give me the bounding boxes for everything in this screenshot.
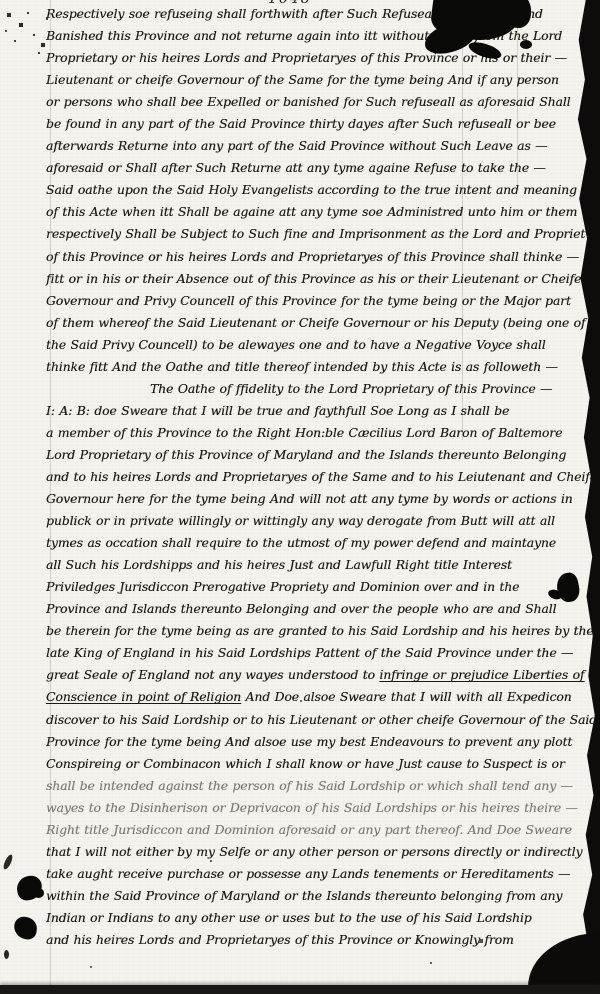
line-text: Lord Proprietary of this Province of Mar… (46, 447, 566, 462)
manuscript-line: or persons who shall bee Expelled or ban… (46, 91, 586, 113)
manuscript-line: a member of this Province to the Right H… (46, 422, 586, 444)
line-text: Priviledges Jurisdiccon Prerogative Prop… (46, 579, 519, 594)
manuscript-line: take aught receive purchase or possesse … (46, 863, 586, 885)
manuscript-line: of them whereof the Said Lieutenant or C… (46, 312, 586, 334)
line-text: shall be intended against the person of … (46, 778, 573, 793)
manuscript-line: Right title Jurisdiccon and Dominion afo… (46, 819, 586, 841)
line-text: tymes as occation shall require to the u… (46, 535, 556, 550)
line-text: great Seale of England not any wayes und… (46, 667, 379, 682)
scan-speckles (0, 0, 2, 2)
line-text: or persons who shall bee Expelled or ban… (46, 94, 571, 109)
line-text: all Such his Lordshipps and his heires J… (46, 557, 512, 572)
manuscript-line: Lieutenant or cheife Governour of the Sa… (46, 69, 586, 91)
manuscript-line: Province for the tyme being And alsoe us… (46, 731, 586, 753)
line-text: Governour and Privy Councell of this Pro… (46, 293, 571, 308)
line-text: aforesaid or Shall after Such Returne at… (46, 160, 546, 175)
manuscript-line: Priviledges Jurisdiccon Prerogative Prop… (46, 576, 586, 598)
line-text: within the Said Province of Maryland or … (46, 888, 562, 903)
manuscript-line: aforesaid or Shall after Such Returne at… (46, 157, 586, 179)
manuscript-line: be therein for the tyme being as are gra… (46, 620, 586, 642)
underlined-phrase: infringe or prejudice Liberties of (379, 667, 584, 682)
line-text: fitt or in his or their Absence out of t… (46, 271, 581, 286)
manuscript-line: Conspireing or Combinacon which I shall … (46, 753, 586, 775)
manuscript-line: discover to his Said Lordship or to his … (46, 709, 586, 731)
manuscript-line: fitt or in his or their Absence out of t… (46, 268, 586, 290)
line-text: of this Province or his heires Lords and… (46, 249, 579, 264)
line-text: wayes to the Disinherison or Deprivacon … (46, 800, 578, 815)
line-text: of this Acte when itt Shall be againe at… (46, 204, 577, 219)
line-text: be therein for the tyme being as are gra… (46, 623, 594, 638)
line-text: and to his heires Lords and Proprietarye… (46, 469, 597, 484)
line-text: Said oathe upon the Said Holy Evangelist… (46, 182, 577, 197)
manuscript-scan-page: 1648 Respectively soe refuseing shall fo… (0, 0, 600, 994)
line-text: Right title Jurisdiccon and Dominion afo… (46, 822, 572, 837)
line-text: Lieutenant or cheife Governour of the Sa… (46, 72, 559, 87)
underlined-phrase: Conscience in point of Religion (46, 689, 241, 704)
oath-heading-line: The Oathe of ffidelity to the Lord Propr… (46, 378, 586, 400)
line-text: take aught receive purchase or possesse … (46, 866, 570, 881)
left-margin-ink-blob (33, 888, 44, 898)
manuscript-line: thinke fitt And the Oathe and title ther… (46, 356, 586, 378)
line-text: afterwards Returne into any part of the … (46, 138, 547, 153)
manuscript-line: Conscience in point of Religion And Doe … (46, 686, 586, 708)
manuscript-line: Lord Proprietary of this Province of Mar… (46, 444, 586, 466)
manuscript-line: and to his heires Lords and Proprietarye… (46, 466, 586, 488)
line-text: discover to his Said Lordship or to his … (46, 712, 597, 727)
manuscript-line: of this Acte when itt Shall be againe at… (46, 201, 586, 223)
bottom-scan-strip (0, 985, 600, 994)
line-text: the Said Privy Councell) to be alewayes … (46, 337, 546, 352)
line-text: And Doe alsoe Sweare that I will with al… (241, 689, 571, 704)
line-text: that I will not either by my Selfe or an… (46, 844, 582, 859)
line-text: late King of England in his Said Lordshi… (46, 645, 573, 660)
left-margin-ink-mark (4, 950, 9, 959)
line-text: respectively Shall be Subject to Such fi… (46, 226, 585, 241)
line-text: I: A: B: doe Sweare that I will be true … (46, 403, 509, 418)
manuscript-line: Province and Islands thereunto Belonging… (46, 598, 586, 620)
ink-blot (520, 40, 532, 49)
manuscript-line: the Said Privy Councell) to be alewayes … (46, 334, 586, 356)
manuscript-line: be found in any part of the Said Provinc… (46, 113, 586, 135)
line-text: Indian or Indians to any other use or us… (46, 910, 532, 925)
manuscript-line: Said oathe upon the Said Holy Evangelist… (46, 179, 586, 201)
manuscript-line: publick or in private willingly or witti… (46, 510, 586, 532)
manuscript-line: all Such his Lordshipps and his heires J… (46, 554, 586, 576)
manuscript-text-block: Respectively soe refuseing shall forthwi… (46, 3, 586, 951)
manuscript-line: tymes as occation shall require to the u… (46, 532, 586, 554)
line-text: Governour here for the tyme being And wi… (46, 491, 573, 506)
line-text: Conspireing or Combinacon which I shall … (46, 756, 565, 771)
line-text: Province and Islands thereunto Belonging… (46, 601, 556, 616)
line-text: and his heires Lords and Proprietaryes o… (46, 932, 514, 947)
manuscript-line: wayes to the Disinherison or Deprivacon … (46, 797, 586, 819)
manuscript-line: great Seale of England not any wayes und… (46, 664, 586, 686)
line-text: publick or in private willingly or witti… (46, 513, 555, 528)
line-text: The Oathe of ffidelity to the Lord Propr… (150, 381, 552, 396)
manuscript-line: afterwards Returne into any part of the … (46, 135, 586, 157)
line-text: thinke fitt And the Oathe and title ther… (46, 359, 558, 374)
manuscript-line: respectively Shall be Subject to Such fi… (46, 223, 586, 245)
manuscript-line: Indian or Indians to any other use or us… (46, 907, 586, 929)
manuscript-line: Governour here for the tyme being And wi… (46, 488, 586, 510)
left-margin-ink-blob (12, 915, 38, 941)
left-margin-ink-mark (2, 853, 14, 870)
line-text: be found in any part of the Said Provinc… (46, 116, 556, 131)
manuscript-line: that I will not either by my Selfe or an… (46, 841, 586, 863)
line-text: of them whereof the Said Lieutenant or C… (46, 315, 585, 330)
manuscript-line: of this Province or his heires Lords and… (46, 246, 586, 268)
manuscript-line: and his heires Lords and Proprietaryes o… (46, 929, 586, 951)
manuscript-line: late King of England in his Said Lordshi… (46, 642, 586, 664)
line-text: Province for the tyme being And alsoe us… (46, 734, 572, 749)
line-text: a member of this Province to the Right H… (46, 425, 562, 440)
manuscript-line: I: A: B: doe Sweare that I will be true … (46, 400, 586, 422)
manuscript-line: Proprietary or his heires Lords and Prop… (46, 47, 586, 69)
manuscript-line: shall be intended against the person of … (46, 775, 586, 797)
manuscript-line: Governour and Privy Councell of this Pro… (46, 290, 586, 312)
manuscript-line: within the Said Province of Maryland or … (46, 885, 586, 907)
